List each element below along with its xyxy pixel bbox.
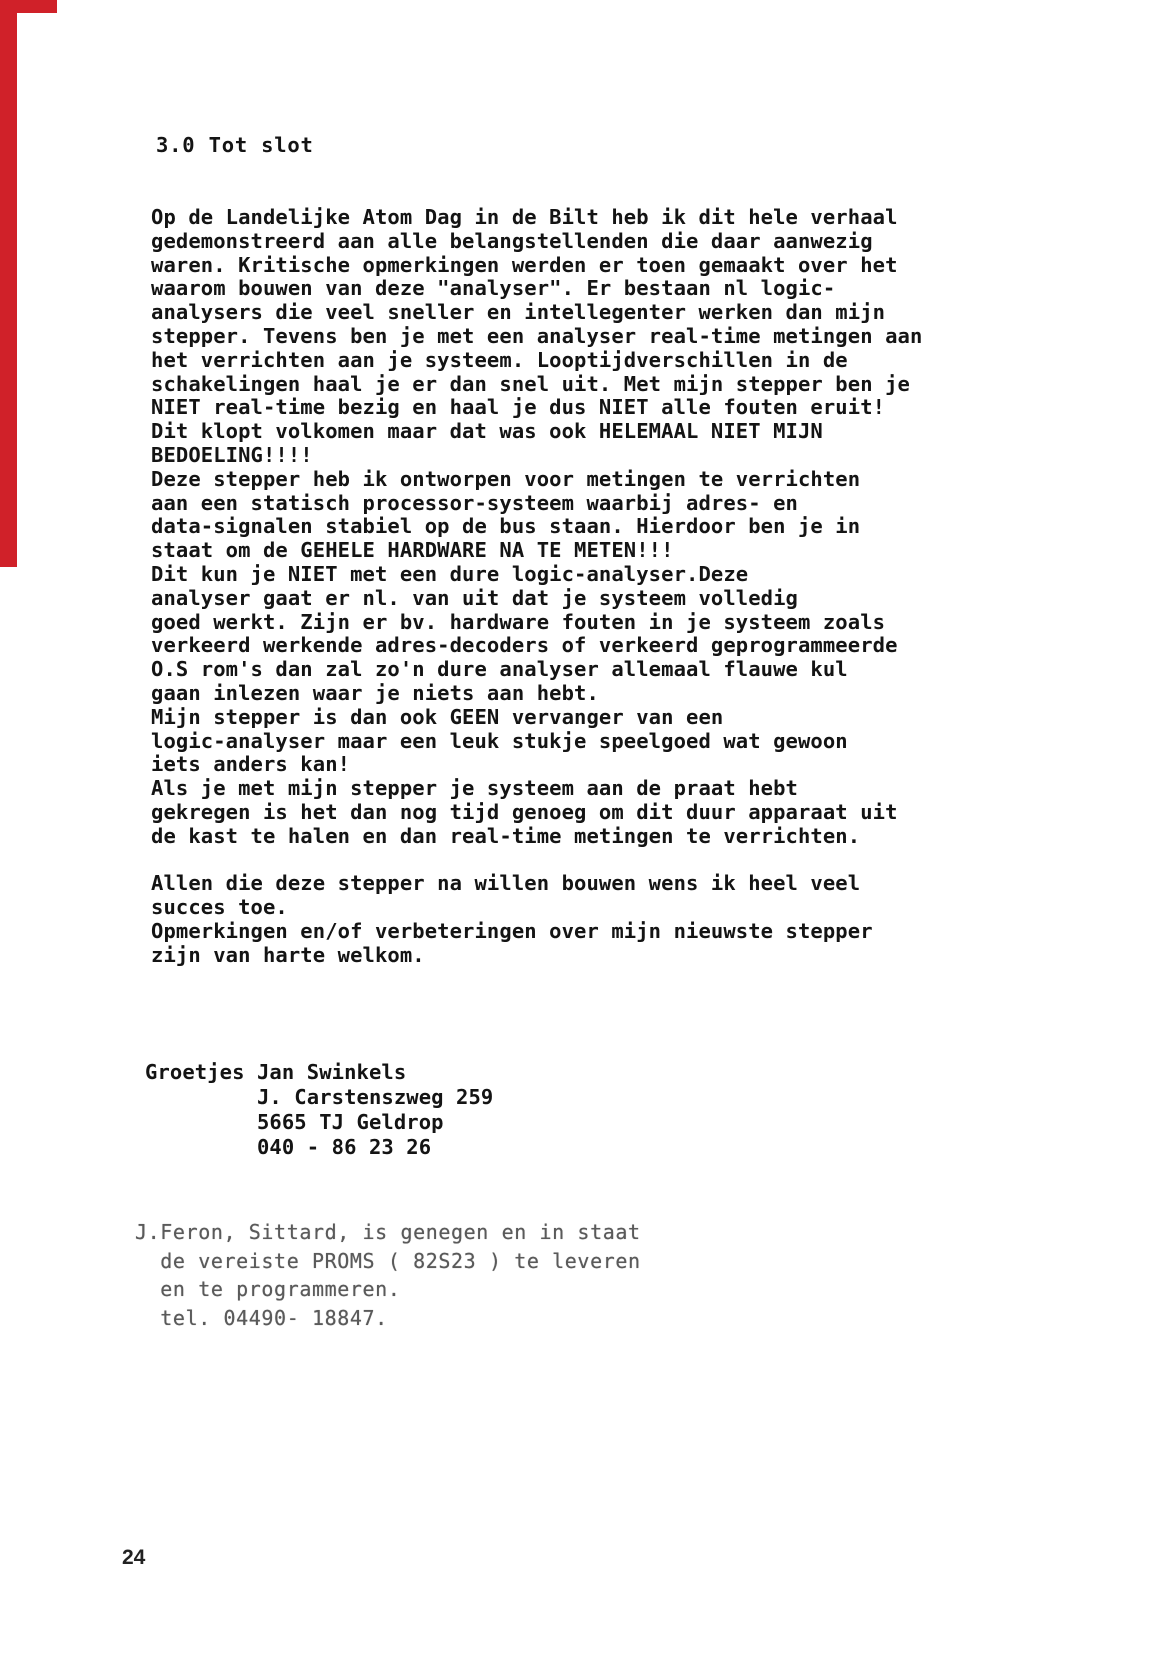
text-line: gekregen is het dan nog tijd genoeg om d…: [151, 801, 922, 825]
red-scan-edge-top-bar: [0, 0, 57, 13]
text-line: logic-analyser maar een leuk stukje spee…: [151, 730, 922, 754]
text-line: Mijn stepper is dan ook GEEN vervanger v…: [151, 706, 922, 730]
text-line: analysers die veel sneller en intellegen…: [151, 301, 922, 325]
text-line: analyser gaat er nl. van uit dat je syst…: [151, 587, 922, 611]
text-line: Opmerkingen en/of verbeteringen over mij…: [151, 920, 922, 944]
text-line: Deze stepper heb ik ontworpen voor metin…: [151, 468, 922, 492]
scanned-document-page: 3.0 Tot slot Op de Landelijke Atom Dag i…: [0, 0, 1169, 1664]
text-line: gaan inlezen waar je niets aan hebt.: [151, 682, 922, 706]
text-line: gedemonstreerd aan alle belangstellenden…: [151, 230, 922, 254]
text-line: data-signalen stabiel op de bus staan. H…: [151, 515, 922, 539]
body-paragraphs: Op de Landelijke Atom Dag in de Bilt heb…: [151, 206, 922, 968]
text-line: J.Feron, Sittard, is genegen en in staat: [135, 1218, 641, 1247]
text-line: Groetjes Jan Swinkels: [145, 1060, 493, 1085]
text-line: stepper. Tevens ben je met een analyser …: [151, 325, 922, 349]
text-line: zijn van harte welkom.: [151, 944, 922, 968]
text-line: NIET real-time bezig en haal je dus NIET…: [151, 396, 922, 420]
text-line: Op de Landelijke Atom Dag in de Bilt heb…: [151, 206, 922, 230]
text-line: iets anders kan!: [151, 753, 922, 777]
text-line: schakelingen haal je er dan snel uit. Me…: [151, 373, 922, 397]
text-line: J. Carstenszweg 259: [145, 1085, 493, 1110]
text-line: waarom bouwen van deze "analyser". Er be…: [151, 277, 922, 301]
red-scan-edge-vertical-bar: [0, 0, 17, 567]
text-line: succes toe.: [151, 896, 922, 920]
text-line: O.S rom's dan zal zo'n dure analyser all…: [151, 658, 922, 682]
text-line: de kast te halen en dan real-time meting…: [151, 825, 922, 849]
text-line: Allen die deze stepper na willen bouwen …: [151, 872, 922, 896]
signature-block: Groetjes Jan Swinkels J. Carstenszweg 25…: [145, 1060, 493, 1160]
text-line: en te programmeren.: [135, 1275, 641, 1304]
text-line: verkeerd werkende adres-decoders of verk…: [151, 634, 922, 658]
text-line: waren. Kritische opmerkingen werden er t…: [151, 254, 922, 278]
text-line: 5665 TJ Geldrop: [145, 1110, 493, 1135]
text-line: de vereiste PROMS ( 82S23 ) te leveren: [135, 1247, 641, 1276]
text-line: Dit klopt volkomen maar dat was ook HELE…: [151, 420, 922, 444]
text-line: staat om de GEHELE HARDWARE NA TE METEN!…: [151, 539, 922, 563]
text-line: goed werkt. Zijn er bv. hardware fouten …: [151, 611, 922, 635]
text-line: Als je met mijn stepper je systeem aan d…: [151, 777, 922, 801]
text-line: het verrichten aan je systeem. Looptijdv…: [151, 349, 922, 373]
text-line: tel. 04490- 18847.: [135, 1304, 641, 1333]
text-line: 040 - 86 23 26: [145, 1135, 493, 1160]
section-heading: 3.0 Tot slot: [156, 133, 314, 157]
text-line: aan een statisch processor-systeem waarb…: [151, 492, 922, 516]
text-line: Dit kun je NIET met een dure logic-analy…: [151, 563, 922, 587]
text-line: [151, 849, 922, 873]
text-line: BEDOELING!!!!: [151, 444, 922, 468]
page-number: 24: [122, 1546, 145, 1570]
supplier-note-dot-matrix: J.Feron, Sittard, is genegen en in staat…: [135, 1218, 641, 1332]
